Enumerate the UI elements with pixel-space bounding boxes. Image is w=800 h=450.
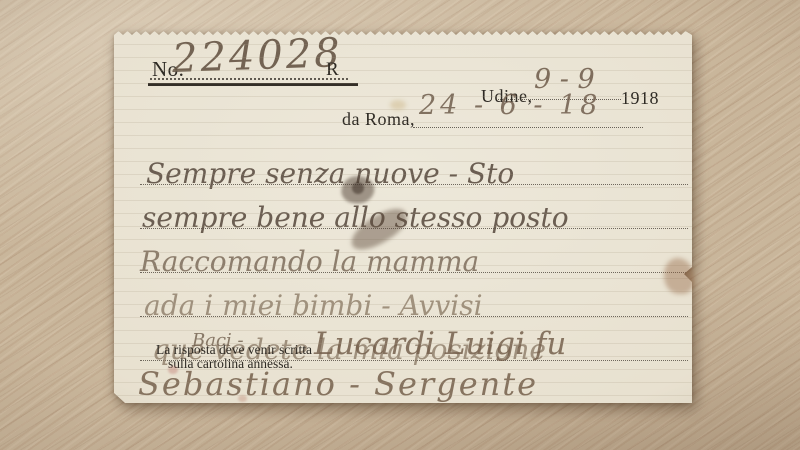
postcard-photo: No. 224028 R Udine, 9 - 9 1918 da Roma, … bbox=[0, 0, 800, 450]
photo-vignette bbox=[0, 0, 800, 450]
